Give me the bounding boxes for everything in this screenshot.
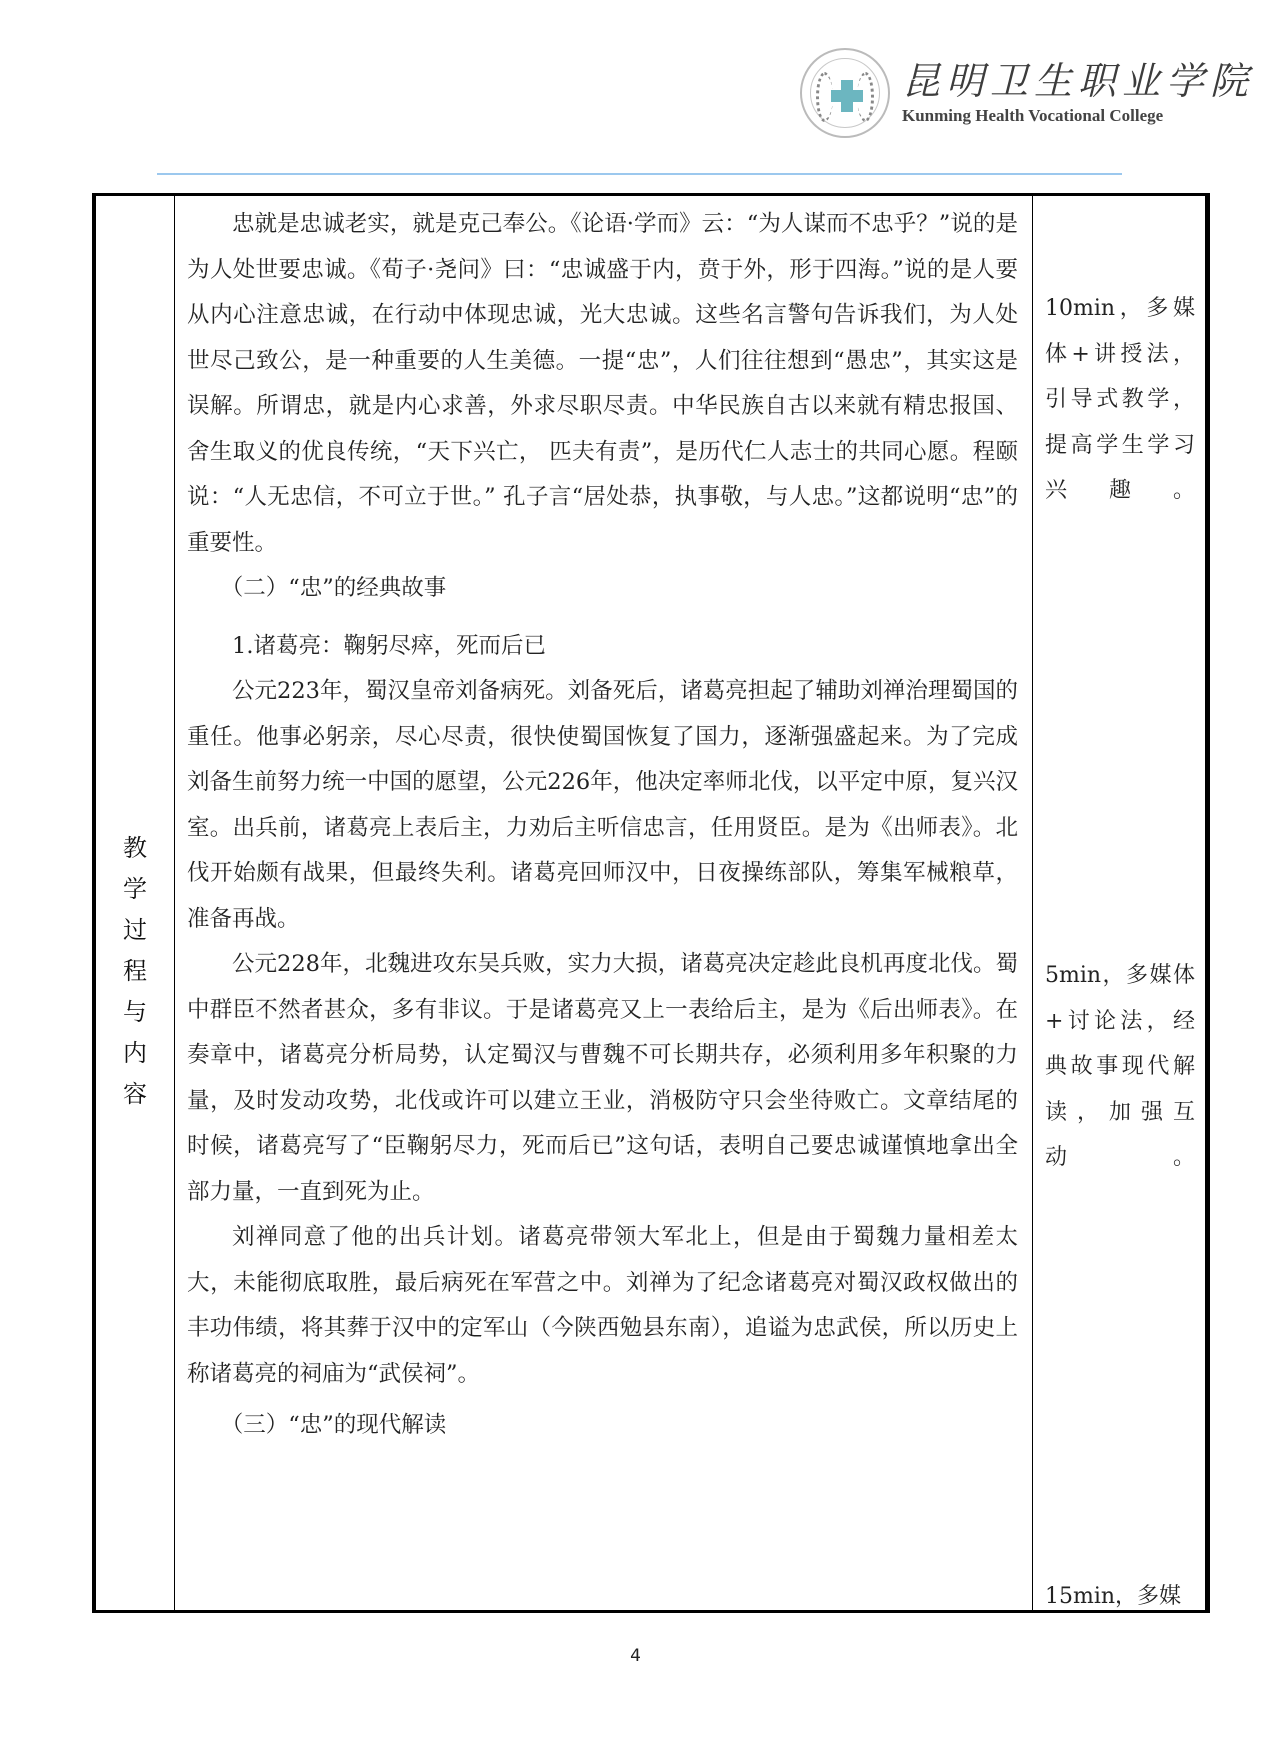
story-paragraph: 公元228年，北魏进攻东吴兵败，实力大损，诸葛亮决定趁此良机再度北伐。蜀中群臣不… xyxy=(187,942,1018,1215)
teaching-note: 10min，多媒体+讲授法，引导式教学，提高学生学习兴趣。 xyxy=(1045,286,1195,514)
table-row: 教 学 过 程 与 内 容 忠就是忠诚老实，就是克己奉公。《论语·学而》云：“为… xyxy=(94,195,1208,1612)
row-label-char: 程 xyxy=(96,951,174,992)
story-paragraph: 刘禅同意了他的出兵计划。诸葛亮带领大军北上，但是由于蜀魏力量相差太大，未能彻底取… xyxy=(187,1215,1018,1397)
row-label-char: 过 xyxy=(96,910,174,951)
notes-cell: 10min，多媒体+讲授法，引导式教学，提高学生学习兴趣。 5min，多媒体+讨… xyxy=(1033,195,1208,1612)
row-label-char: 与 xyxy=(96,992,174,1033)
teaching-note: 15min，多媒 xyxy=(1045,1574,1195,1620)
row-label-char: 学 xyxy=(96,869,174,910)
row-label-char: 内 xyxy=(96,1033,174,1074)
teaching-note: 5min，多媒体+讨论法，经典故事现代解读，加强互动。 xyxy=(1045,953,1195,1181)
section-heading-modern-reading: （三）“忠”的现代解读 xyxy=(187,1403,1018,1449)
content-cell: 忠就是忠诚老实，就是克己奉公。《论语·学而》云：“为人谋而不忠乎？”说的是为人处… xyxy=(175,195,1033,1612)
page-header: 昆明卫生职业学院 Kunming Health Vocational Colle… xyxy=(0,0,1271,180)
story-title: 1.诸葛亮：鞠躬尽瘁，死而后已 xyxy=(187,624,1018,670)
row-label-cell: 教 学 过 程 与 内 容 xyxy=(94,195,175,1612)
page-number: 4 xyxy=(0,1646,1271,1666)
row-label-teaching-process: 教 学 过 程 与 内 容 xyxy=(96,828,174,1115)
row-label-char: 容 xyxy=(96,1074,174,1115)
section-heading-classic-stories: （二）“忠”的经典故事 xyxy=(187,566,1018,612)
row-label-char: 教 xyxy=(96,828,174,869)
institution-name-cn: 昆明卫生职业学院 xyxy=(902,60,1254,102)
lesson-content: 忠就是忠诚老实，就是克己奉公。《论语·学而》云：“为人谋而不忠乎？”说的是为人处… xyxy=(175,202,1032,1449)
lesson-plan-table: 教 学 过 程 与 内 容 忠就是忠诚老实，就是克己奉公。《论语·学而》云：“为… xyxy=(92,193,1210,1613)
story-paragraph: 公元223年，蜀汉皇帝刘备病死。刘备死后，诸葛亮担起了辅助刘禅治理蜀国的重任。他… xyxy=(187,669,1018,942)
college-seal-icon xyxy=(800,48,890,138)
intro-paragraph: 忠就是忠诚老实，就是克己奉公。《论语·学而》云：“为人谋而不忠乎？”说的是为人处… xyxy=(187,202,1018,566)
header-divider xyxy=(157,173,1122,175)
college-brand: 昆明卫生职业学院 Kunming Health Vocational Colle… xyxy=(902,60,1254,126)
college-logo: 昆明卫生职业学院 Kunming Health Vocational Colle… xyxy=(800,48,1254,138)
institution-name-en: Kunming Health Vocational College xyxy=(902,106,1254,126)
